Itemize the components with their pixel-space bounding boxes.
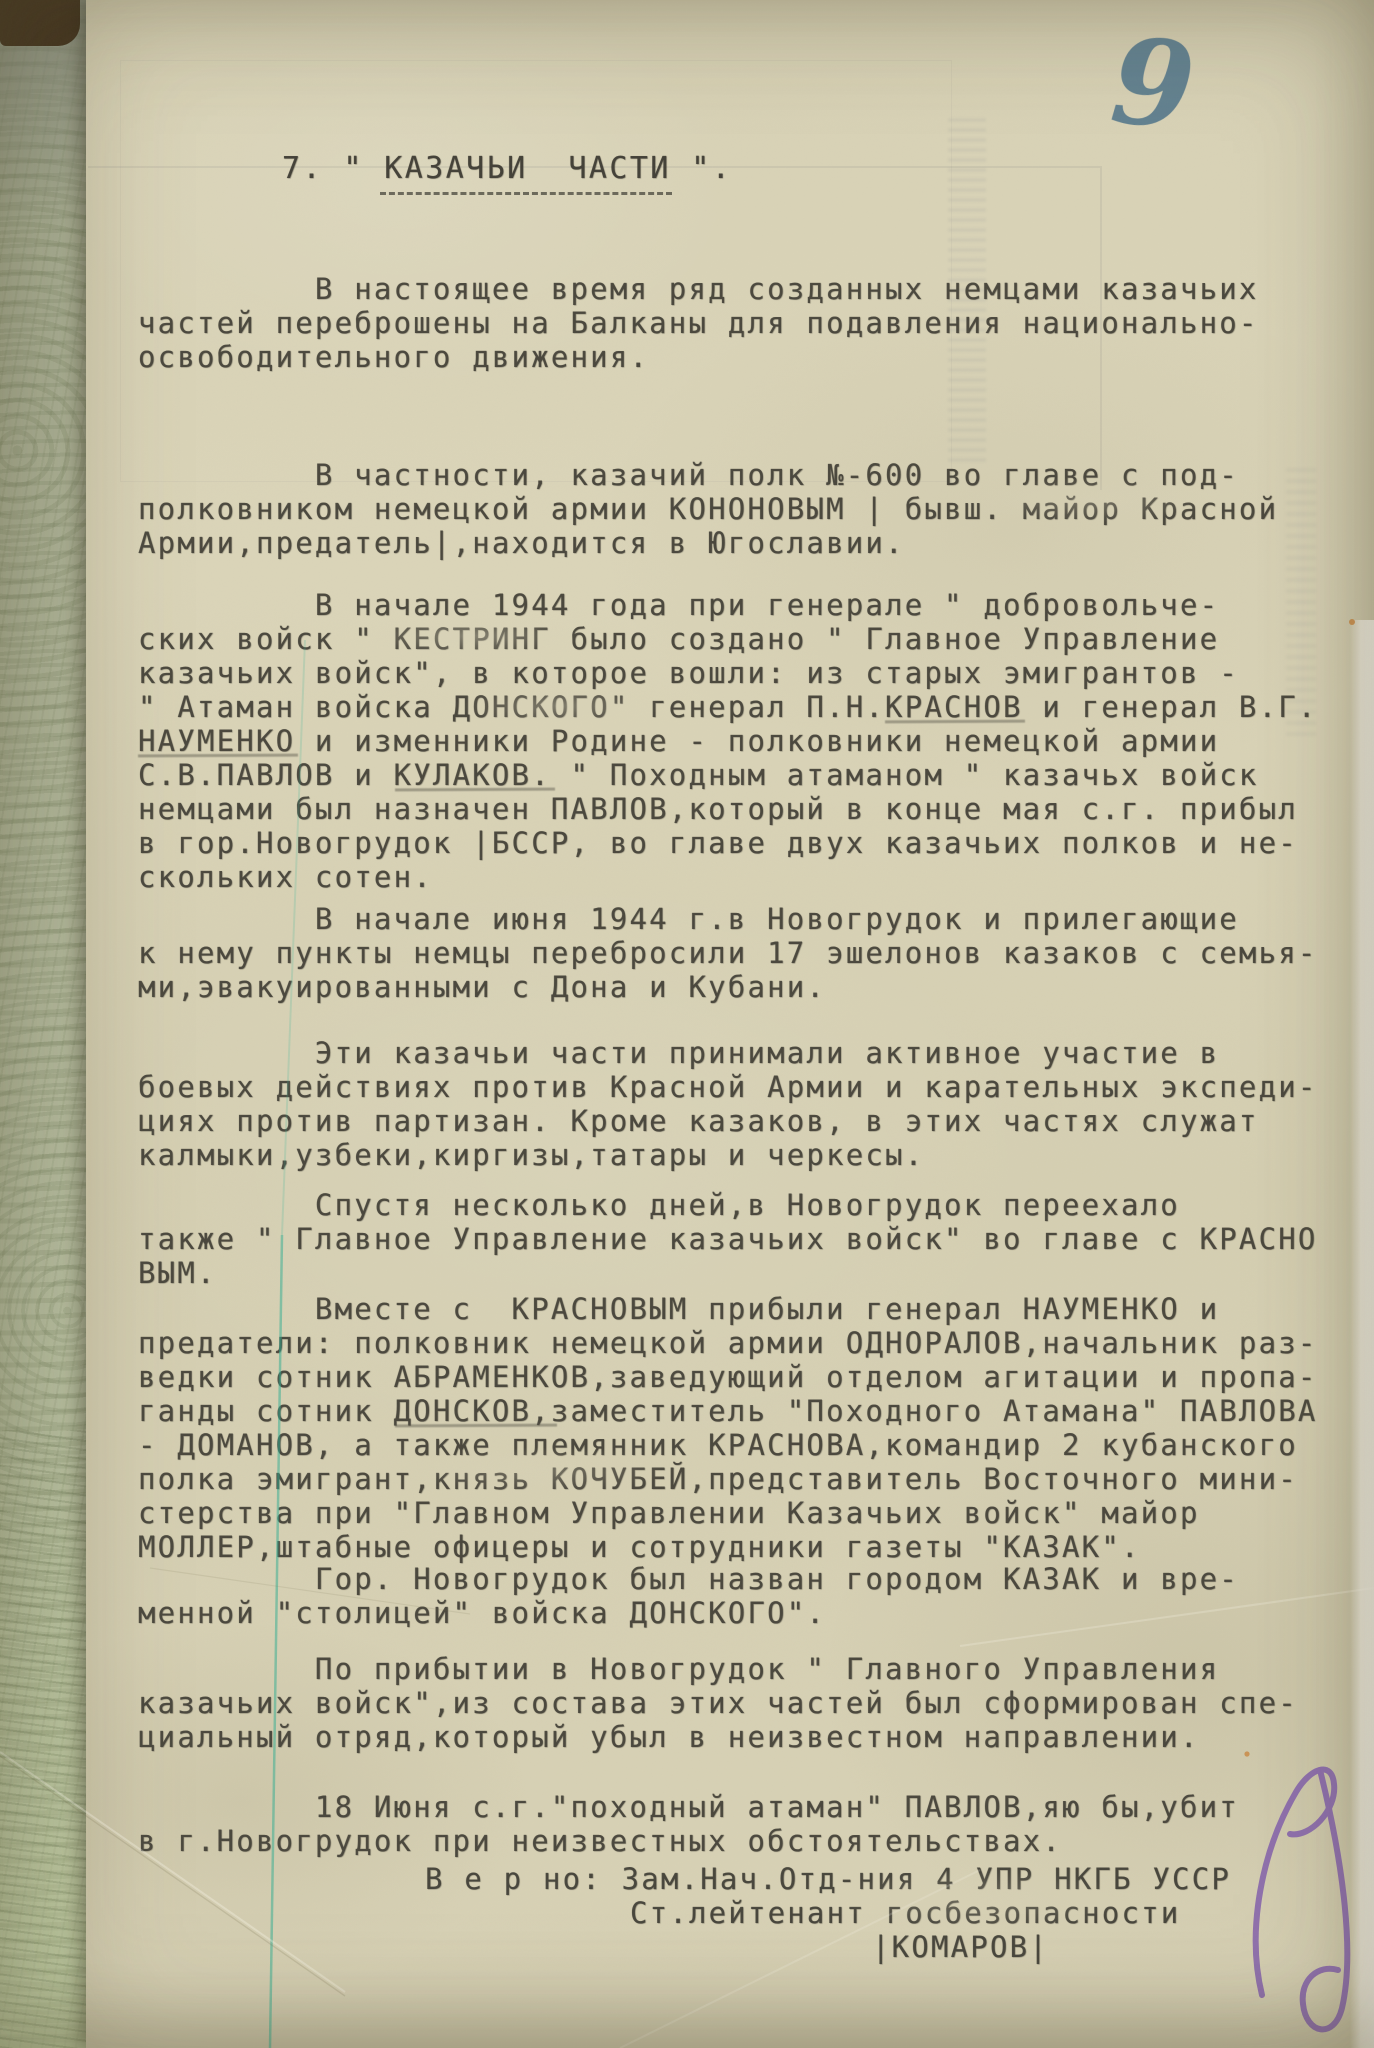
title-underline: [380, 192, 672, 195]
paragraph: В начале июня 1944 г.в Новогрудок и прил…: [138, 902, 1318, 1004]
paragraph: 18 Июня с.г."походный атаман" ПАВЛОВ,яю …: [138, 1790, 1239, 1858]
paragraph: В начале 1944 года при генерале " добров…: [138, 588, 1318, 894]
top-left-dark-corner: [0, 0, 80, 46]
paragraph: В настоящее время ряд созданных немцами …: [138, 272, 1259, 374]
archival-document-scan: 7. " КАЗАЧЬИ ЧАСТИ ". В настоящее время …: [0, 0, 1374, 2048]
paragraph: По прибытии в Новогрудок " Главного Упра…: [138, 1652, 1298, 1754]
map-strip-green-bottom: [0, 1430, 96, 2048]
paragraph: Вместе с КРАСНОВЫМ прибыли генерал НАУМЕ…: [138, 1292, 1318, 1564]
right-edge-strip: [1350, 620, 1374, 2048]
paragraph: В частности, казачий полк №-600 во главе…: [138, 458, 1278, 560]
paragraph: Спустя несколько дней,в Новогрудок перее…: [138, 1188, 1318, 1290]
paragraph: Эти казачьи части принимали активное уча…: [138, 1036, 1318, 1172]
section-title: 7. " КАЗАЧЬИ ЧАСТИ ".: [282, 152, 732, 186]
paragraph: Гор. Новогрудок был назван городом КАЗАК…: [138, 1562, 1239, 1630]
certification-line: В е р но: Зам.Нач.Отд-ния 4 УПР НКГБ УСС…: [425, 1862, 1231, 1896]
handwritten-page-number: 9: [1106, 11, 1200, 157]
certified-name: |КОМАРОВ|: [872, 1930, 1049, 1964]
certification-line: Ст.лейтенант госбезопасности: [630, 1896, 1180, 1930]
bleed-through-box: [120, 60, 952, 482]
